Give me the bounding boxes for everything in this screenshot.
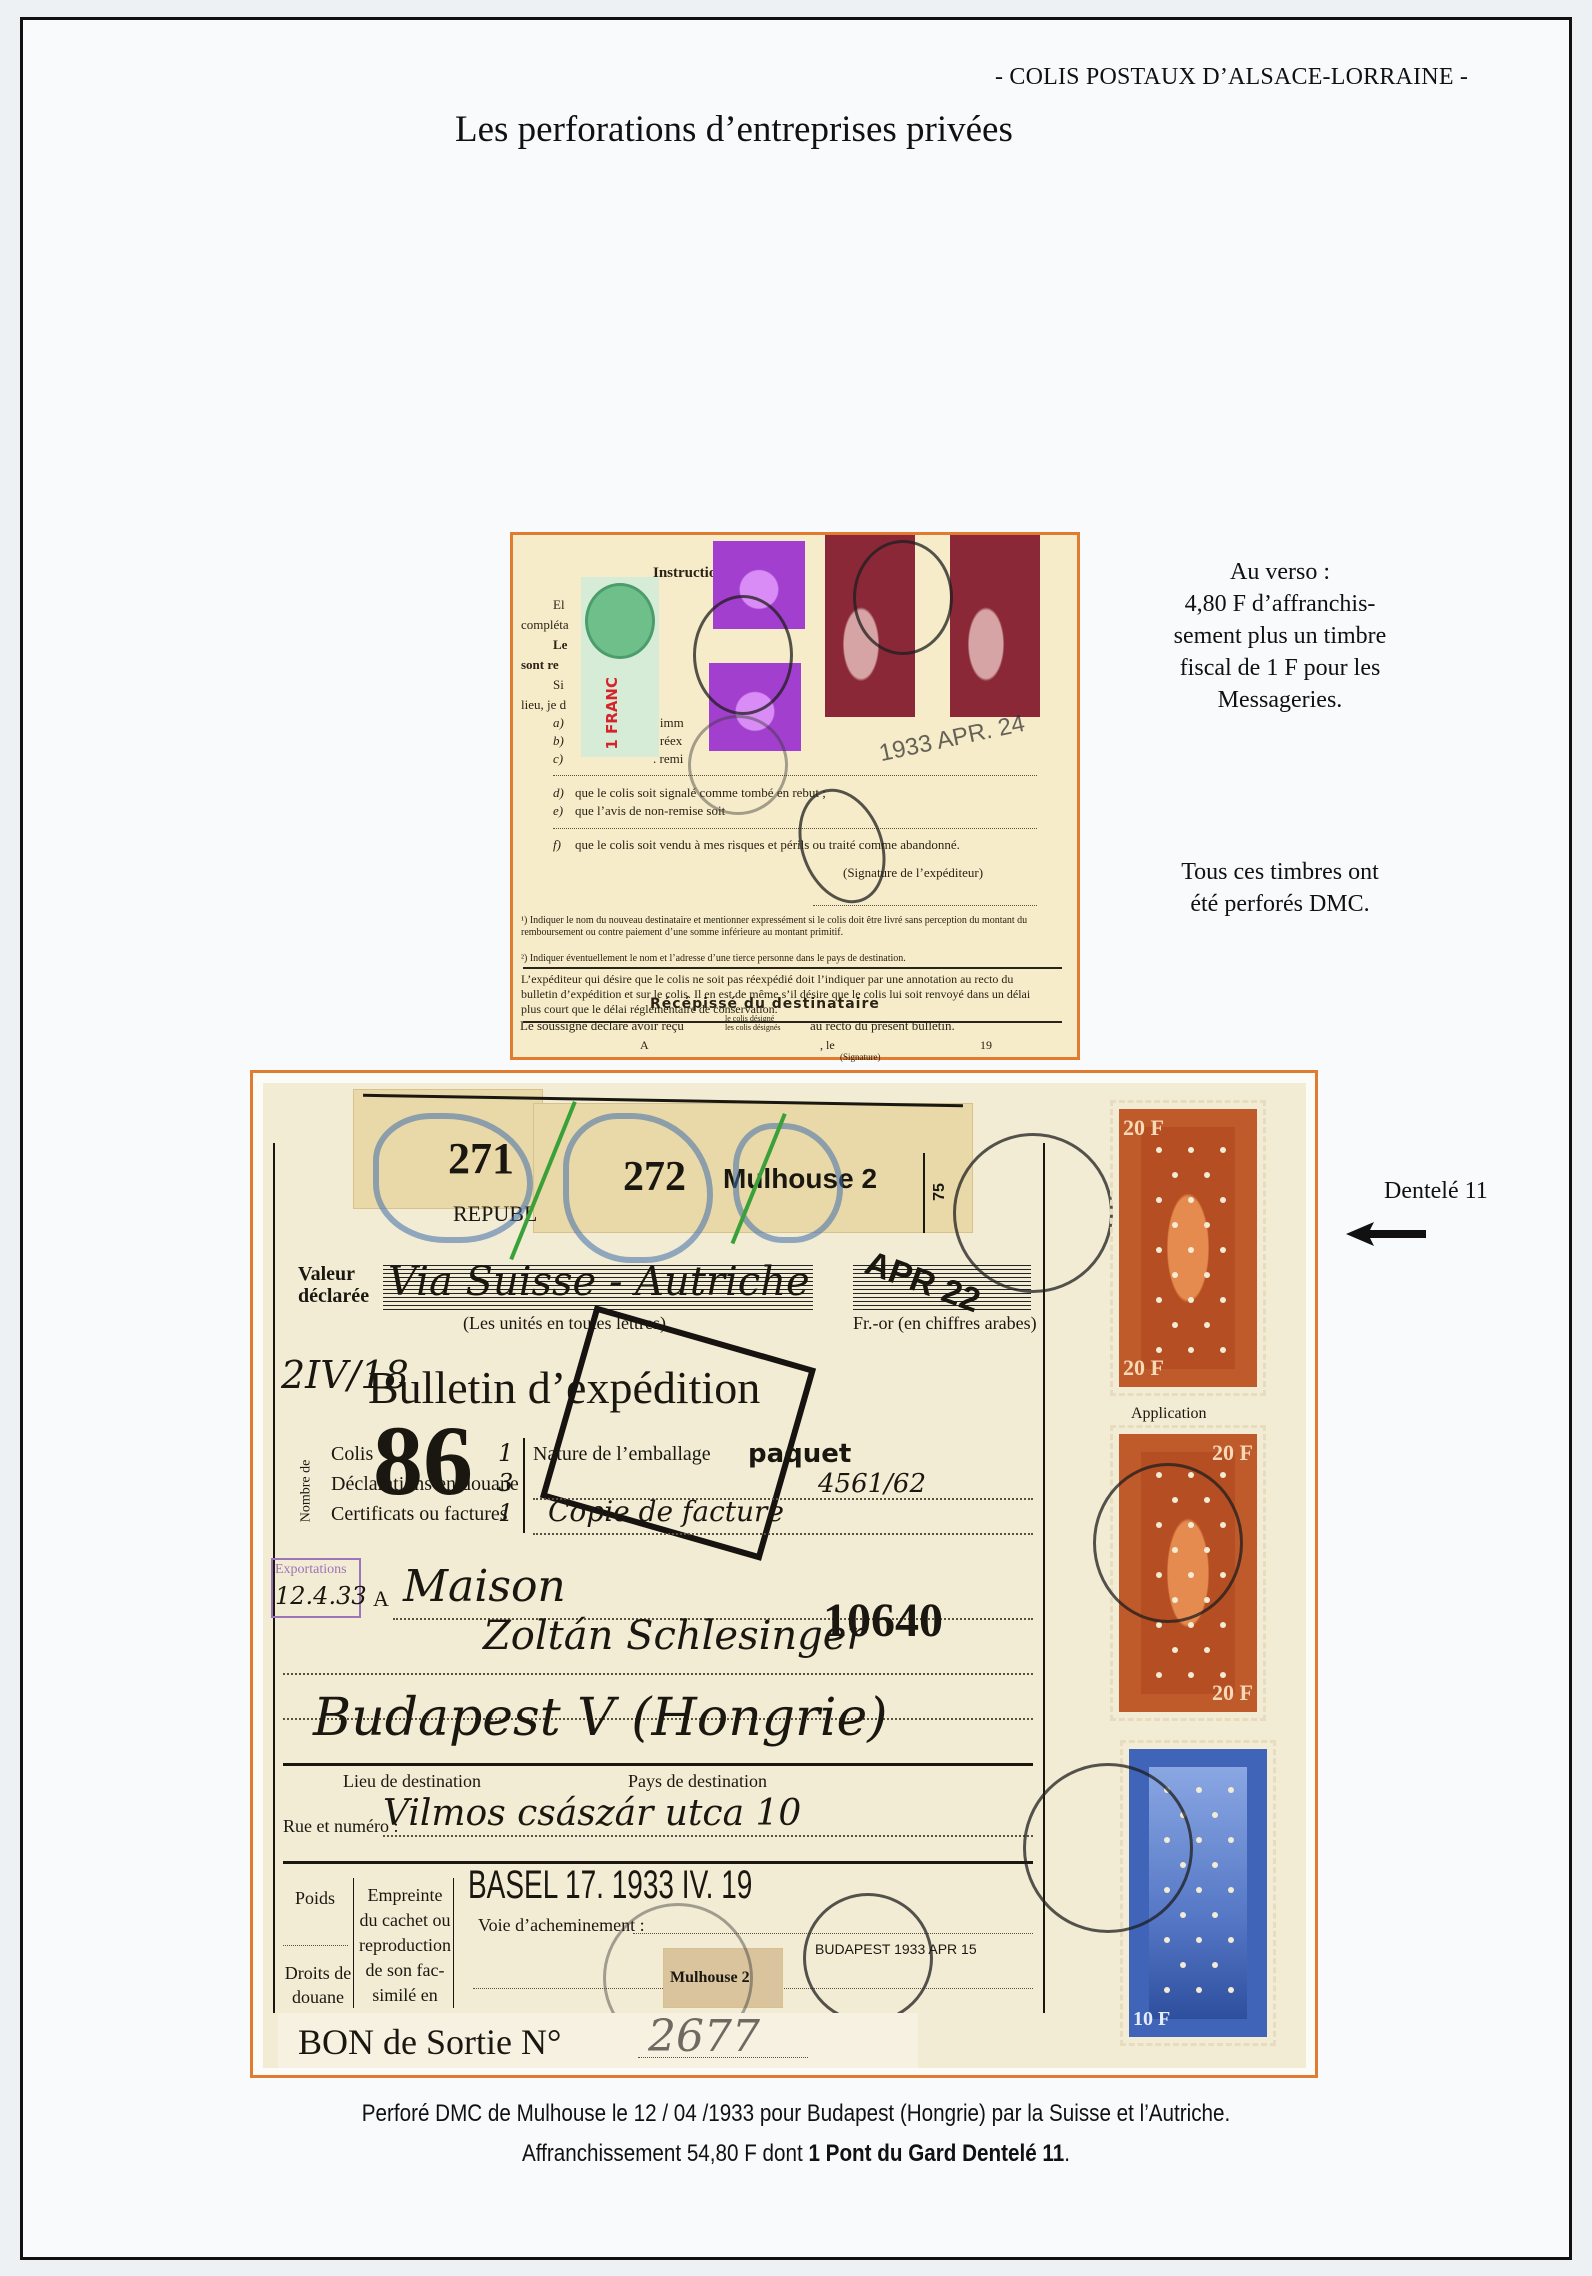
verso-note-line: fiscal de 1 F pour les xyxy=(1100,652,1460,684)
dotted-rule xyxy=(553,828,1037,829)
perfin-hole xyxy=(1220,1147,1226,1153)
perfin-note-line: Tous ces timbres ont xyxy=(1100,856,1460,888)
caption-line-2-prefix: Affranchissement 54,80 F dont xyxy=(522,2140,808,2167)
verso-note-line: 4,80 F d’affranchis- xyxy=(1100,588,1460,620)
verso-text-line: Le xyxy=(553,637,567,653)
perfin-hole xyxy=(1220,1472,1226,1478)
perfin-hole xyxy=(1172,1222,1178,1228)
divider xyxy=(523,967,1062,969)
bon-de-sortie-label: BON de Sortie N° 2677 xyxy=(278,2013,918,2068)
perfin-hole xyxy=(1228,1937,1234,1943)
bon-number: 2677 xyxy=(648,2011,760,2062)
fiscal-stamp: 1 FRANC xyxy=(581,577,659,757)
dotted-rule xyxy=(283,1673,1033,1675)
option-key: d) xyxy=(553,785,564,801)
perfin-hole xyxy=(1156,1247,1162,1253)
nature-value: paquet xyxy=(748,1439,851,1469)
row-label-colis: Colis xyxy=(331,1443,373,1466)
series-title: - COLIS POSTAUX D’ALSACE-LORRAINE - xyxy=(995,64,1468,91)
notice-text: L’expéditeur qui désire que le colis ne … xyxy=(521,972,1051,1017)
verso-text-line: compléta xyxy=(521,617,569,633)
perfin-hole xyxy=(1188,1622,1194,1628)
perfin-hole xyxy=(1156,1347,1162,1353)
postmark-icon xyxy=(853,540,953,655)
poids-label: Poids xyxy=(295,1888,335,1909)
perfin-hole xyxy=(1180,1912,1186,1918)
perfin-hole xyxy=(1212,1862,1218,1868)
verso-card: Instructions El compléta Le sont re Si l… xyxy=(510,532,1080,1060)
verso-text-line: Si xyxy=(553,677,564,693)
export-date: 12.4.33 xyxy=(275,1582,367,1610)
perfin-hole xyxy=(1172,1647,1178,1653)
lake-stamp xyxy=(950,535,1040,717)
perfin-hole xyxy=(1212,1812,1218,1818)
perfin-hole xyxy=(1220,1197,1226,1203)
bulletin-expedition-card: 271 272 Mulhouse 2 75 REPUBL Valeur décl… xyxy=(263,1083,1306,2068)
perfin-hole xyxy=(1180,1962,1186,1968)
to-label: A xyxy=(373,1586,389,1612)
addressee-line-2: Zoltán Schlesinger xyxy=(483,1613,866,1659)
caption-line-2: Affranchissement 54,80 F dont 1 Pont du … xyxy=(111,2140,1480,2168)
copie-facture: Copie de facture xyxy=(548,1495,784,1528)
bon-label: BON de Sortie N° xyxy=(298,2021,561,2063)
row-value-declarations: 3 xyxy=(498,1469,513,1497)
verso-text-line: lieu, je d xyxy=(521,697,566,713)
option-key: e) xyxy=(553,803,563,819)
dotted-rule xyxy=(553,775,1037,776)
footnote-2: ²) Indiquer éventuellement le nom et l’a… xyxy=(521,953,1051,965)
perfin-hole xyxy=(1156,1672,1162,1678)
verso-text-line: sont re xyxy=(521,657,559,673)
addressee-line-1: Maison xyxy=(403,1561,566,1612)
perfin-hole xyxy=(1204,1647,1210,1653)
export-stamp: Exportations 12.4.33 xyxy=(271,1558,361,1618)
perfin-hole xyxy=(1172,1272,1178,1278)
arrow-left-icon xyxy=(1346,1222,1426,1246)
stamp-pont-du-gard-1: 20 F 20 F xyxy=(1113,1103,1263,1393)
option-text: que le colis soit vendu à mes risques et… xyxy=(575,837,960,853)
side-number: 75 xyxy=(931,1183,949,1201)
rule xyxy=(353,1878,354,2008)
option-key: f) xyxy=(553,837,561,853)
perfin-hole xyxy=(1204,1172,1210,1178)
stamp-value: 20 F xyxy=(1212,1440,1253,1466)
row-label-certificats: Certificats ou factures xyxy=(331,1503,508,1526)
footnote-1: ¹) Indiquer le nom du nouveau destinatai… xyxy=(521,915,1051,939)
basel-stamp: BASEL 17. 1933 IV. 19 xyxy=(468,1863,752,1908)
destination-handwritten: Budapest V (Hongrie) xyxy=(313,1688,888,1748)
stamp-value: 20 F xyxy=(1123,1115,1164,1141)
pays-label: Pays de destination xyxy=(628,1771,767,1792)
caption-line-1: Perforé DMC de Mulhouse le 12 / 04 /1933… xyxy=(111,2100,1480,2128)
rule xyxy=(283,1763,1033,1766)
divider xyxy=(523,1021,1062,1023)
perfin-hole xyxy=(1220,1347,1226,1353)
perfin-hole xyxy=(1204,1222,1210,1228)
rue-label: Rue et numéro : xyxy=(283,1816,398,1837)
perfin-note: Tous ces timbres ont été perforés DMC. xyxy=(1100,856,1460,920)
caption-line-2-bold: 1 Pont du Gard Dentelé 11 xyxy=(808,2140,1064,2167)
lieu-label: Lieu de destination xyxy=(343,1771,481,1792)
nombre-de-label: Nombre de xyxy=(298,1460,314,1523)
apr-postmark-text: 1933 APR. 24 xyxy=(877,710,1028,768)
fr-or-hint: Fr.-or (en chiffres arabes) xyxy=(853,1313,1037,1334)
dentele-label: Dentelé 11 xyxy=(1384,1178,1488,1205)
row-value-certificats: 1 xyxy=(498,1499,513,1527)
big-stamp-number: 86 xyxy=(373,1403,473,1518)
perfin-hole xyxy=(1196,1837,1202,1843)
stamp-value: 20 F xyxy=(1123,1355,1164,1381)
perfin-hole xyxy=(1228,1787,1234,1793)
perfin-hole xyxy=(1196,1987,1202,1993)
perfin-hole xyxy=(1156,1622,1162,1628)
option-text: que l’avis de non-remise soit xyxy=(575,803,725,819)
perfin-hole xyxy=(1164,1937,1170,1943)
perfin-hole xyxy=(1220,1622,1226,1628)
mulhouse-postmark-icon xyxy=(1093,1463,1243,1623)
valeur-label: Valeur déclarée xyxy=(298,1263,378,1307)
dotted-rule xyxy=(283,1945,348,1946)
perfin-hole xyxy=(1196,1887,1202,1893)
nature-label: Nature de l’emballage xyxy=(533,1443,711,1466)
verso-note-line: sement plus un timbre xyxy=(1100,620,1460,652)
perfin-hole xyxy=(1220,1672,1226,1678)
perfin-hole xyxy=(1156,1297,1162,1303)
via-handwritten: Via Suisse - Autriche xyxy=(388,1259,810,1305)
dotted-rule xyxy=(533,1533,1033,1535)
verso-note-heading: Au verso : xyxy=(1100,556,1460,588)
perfin-hole xyxy=(1156,1197,1162,1203)
perfin-hole xyxy=(1172,1172,1178,1178)
perfin-hole xyxy=(1212,1962,1218,1968)
perfin-hole xyxy=(1188,1197,1194,1203)
budapest-postmark-icon xyxy=(803,1893,933,2023)
page-title: Les perforations d’entreprises privées xyxy=(455,108,1013,151)
mulhouse-postmark-icon xyxy=(953,1133,1113,1293)
perfin-note-line: été perforés DMC. xyxy=(1100,888,1460,920)
main-card-frame: 271 272 Mulhouse 2 75 REPUBL Valeur décl… xyxy=(250,1070,1318,2078)
rule xyxy=(453,1878,454,2008)
rule xyxy=(923,1153,925,1233)
perfin-hole xyxy=(1164,1987,1170,1993)
medallion-icon xyxy=(585,583,655,659)
perfin-hole xyxy=(1196,1787,1202,1793)
option-key: c) xyxy=(553,751,563,767)
stamp-value: 20 F xyxy=(1212,1680,1253,1706)
perfin-hole xyxy=(1212,1912,1218,1918)
caption-line-2-suffix: . xyxy=(1064,2140,1070,2167)
option-key: b) xyxy=(553,733,564,749)
dotted-rule xyxy=(383,1835,1033,1837)
perfin-hole xyxy=(1188,1147,1194,1153)
dotted-rule xyxy=(813,905,1037,906)
number-stamp: 10640 xyxy=(823,1593,943,1648)
nature-ref: 4561/62 xyxy=(818,1469,926,1499)
postmark-icon xyxy=(693,595,793,715)
perfin-hole xyxy=(1188,1672,1194,1678)
perfin-hole xyxy=(1188,1347,1194,1353)
perfin-hole xyxy=(1220,1247,1226,1253)
fiscal-value: 1 FRANC xyxy=(603,677,621,750)
option-key: a) xyxy=(553,715,564,731)
perfin-hole xyxy=(1204,1322,1210,1328)
perfin-hole xyxy=(1204,1272,1210,1278)
droits-label: Droits de douane xyxy=(283,1961,353,2009)
perfin-hole xyxy=(1188,1247,1194,1253)
stamp-vignette xyxy=(1141,1127,1235,1369)
verso-text-line: El xyxy=(553,597,565,613)
row-value-colis: 1 xyxy=(498,1439,513,1467)
perfin-hole xyxy=(1228,1837,1234,1843)
perfin-hole xyxy=(1228,1887,1234,1893)
postmark-icon xyxy=(688,715,788,815)
budapest-postmark-text: BUDAPEST 1933 APR 15 xyxy=(815,1941,977,1957)
rule xyxy=(523,1438,525,1533)
perfin-hole xyxy=(1196,1937,1202,1943)
postmark-icon xyxy=(1023,1763,1193,1933)
verso-note-line: Messageries. xyxy=(1100,684,1460,716)
stamp-value: 10 F xyxy=(1133,2008,1170,2031)
perfin-hole xyxy=(1188,1297,1194,1303)
application-label: Application xyxy=(1131,1405,1207,1423)
perfin-hole xyxy=(1156,1147,1162,1153)
row-label-declarations: Déclarations en douane xyxy=(331,1473,519,1496)
rue-value: Vilmos császár utca 10 xyxy=(383,1793,801,1834)
export-stamp-label: Exportations xyxy=(275,1562,347,1578)
perfin-hole xyxy=(1228,1987,1234,1993)
perfin-hole xyxy=(1172,1322,1178,1328)
verso-note: Au verso : 4,80 F d’affranchis- sement p… xyxy=(1100,556,1460,716)
perfin-hole xyxy=(1220,1297,1226,1303)
